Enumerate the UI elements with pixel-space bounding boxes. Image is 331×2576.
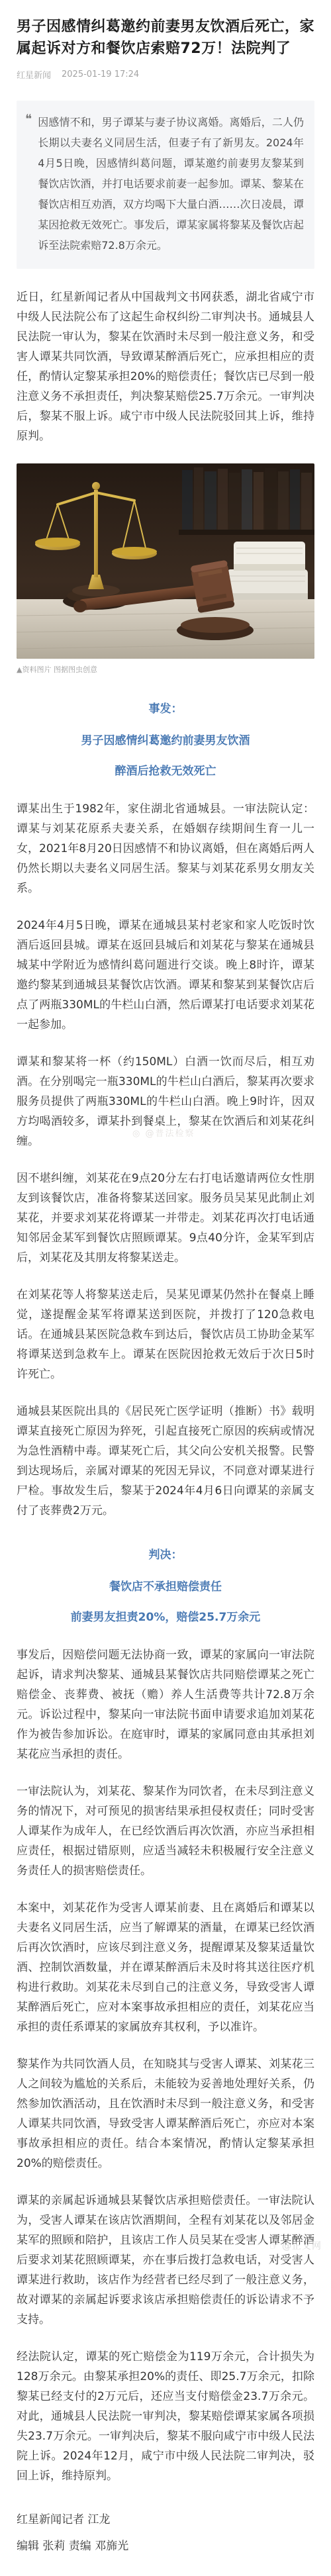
article-paragraph: 一审法院认为，刘某花、黎某作为同饮者，在未尽到注意义务的情况下，对可预见的损害结… [17,1782,314,1881]
photo-caption: ▲资料图片 图据图虫创意 [17,664,314,675]
editor-byline: 编辑 张莉 责编 邓旆光 [17,2536,314,2556]
article-paragraph: 黎某作为共同饮酒人员，在知晓其与受害人谭某、刘某花三人之间较为尴尬的关系后，未能… [17,2054,314,2173]
quote-icon: ❝ [25,112,32,126]
section-subhead: 前妻男友担责20%，赔偿25.7万余元 [17,1609,314,1625]
article-paragraph: 谭某的亲属起诉通城县某餐饮店承担赔偿责任。一审法院认为，受害人谭某在该店饮酒期间… [17,2191,314,2330]
article-paragraph: 2024年4月5日晚，谭某在通城县某村老家和家人吃饭时饮酒后返回县城。谭某在返回… [17,916,314,1035]
section-subhead: 醉酒后抢救无效死亡 [17,763,314,779]
summary-quote-block: ❝ 因感情不和，男子谭某与妻子协议离婚。离婚后，二人仍长期以夫妻名义同居生活，但… [17,101,314,269]
article-paragraph: 事发后，因赔偿问题无法协商一致，谭某的家属向一审法院起诉，请求判决黎某、通城县某… [17,1645,314,1764]
section-heading-verdict: 判决： [17,1547,314,1563]
article-paragraph: 因不堪纠缠，刘某花在9点20分左右打电话邀请两位女性朋友到该餐饮店，准备将黎某送… [17,1169,314,1268]
section-subhead: 男子因感情纠葛邀约前妻男友饮酒 [17,733,314,749]
article-page: 男子因感情纠葛邀约前妻男友饮酒后死亡，家属起诉对方和餐饮店索赔72万！法院判了 … [0,0,331,2576]
bottom-watermark-text: @正义网 [282,2239,322,2252]
article-paragraph: 经法院认定，谭某的死亡赔偿金为119万余元，合计损失为128万余元。由黎某承担2… [17,2347,314,2486]
bottom-watermark: ☞ @正义网 [269,2239,322,2252]
section-heading-incident: 事发： [17,701,314,717]
law-books [227,542,308,600]
article-paragraph: 本案中，刘某花作为受害人谭某前妻、且在离婚后和谭某以夫妻名义同居生活，应当了解谭… [17,1898,314,2037]
article-content: 男子因感情纠葛邀约前妻男友饮酒后死亡，家属起诉对方和餐饮店索赔72万！法院判了 … [0,0,331,2576]
source-name: 红星新闻 [17,68,51,81]
summary-quote-text: 因感情不和，男子谭某与妻子协议离婚。离婚后，二人仍长期以夫妻名义同居生活，但妻子… [38,112,304,256]
article-paragraph: 通城县某医院出具的《居民死亡医学证明（推断）书》载明谭某直接死亡原因为猝死，引起… [17,1402,314,1521]
reporter-byline: 红星新闻记者 江龙 [17,2510,314,2530]
publish-timestamp: 2025-01-19 17:24 [62,70,139,79]
section-subhead: 餐饮店不承担赔偿责任 [17,1579,314,1595]
article-title: 男子因感情纠葛邀约前妻男友饮酒后死亡，家属起诉对方和餐饮店索赔72万！法院判了 [17,16,314,60]
article-paragraph: 在刘某花等人将黎某送走后，吴某见谭某仍然扑在餐桌上睡觉，遂提醒金某军将谭某送到医… [17,1285,314,1384]
article-paragraph: 近日，红星新闻记者从中国裁判文书网获悉，湖北省咸宁市中级人民法院公布了这起生命权… [17,287,314,446]
hand-icon: ☞ [269,2240,279,2252]
mid-watermark: ◎ @普法检察 [132,1126,195,1139]
article-photo[interactable] [17,463,314,659]
article-meta: 红星新闻 2025-01-19 17:24 [17,68,314,81]
article-paragraph: 谭某出生于1982年，家住湖北省通城县。一审法院认定：谭某与刘某花原系夫妻关系，… [17,799,314,898]
